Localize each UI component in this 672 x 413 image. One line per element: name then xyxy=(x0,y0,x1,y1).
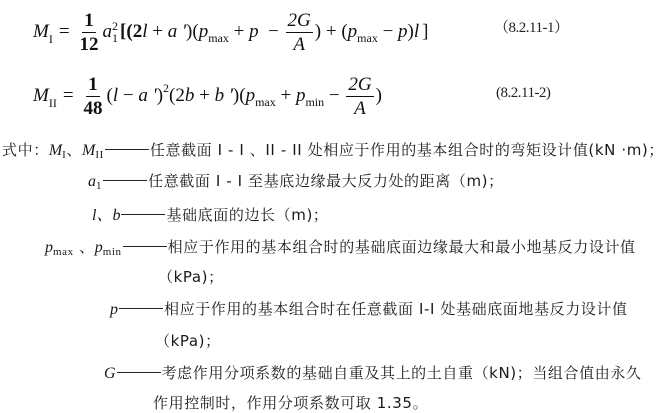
em-dash xyxy=(117,372,161,373)
definition-l-b: l、b基础底面的边长（m)； xyxy=(92,202,329,225)
var-p: p xyxy=(296,85,306,107)
formula-lhs: MII xyxy=(33,85,57,107)
var-b: b xyxy=(185,85,195,107)
em-dash xyxy=(105,149,149,150)
frac-2G-over-A: 2G A xyxy=(346,75,373,118)
var-p: p xyxy=(199,21,209,43)
equation-number-2: (8.2.11-2) xyxy=(496,85,550,102)
var-p: p xyxy=(249,21,259,43)
sub-max: max xyxy=(357,31,378,46)
var-p: p xyxy=(246,85,256,107)
equals-sign: = xyxy=(63,85,74,107)
formula-text: − xyxy=(259,21,284,43)
symbol: G xyxy=(104,365,116,382)
formula-text: + xyxy=(276,85,296,107)
separator: 、 xyxy=(74,238,95,256)
var-a1: a xyxy=(103,21,113,43)
formula-text: − xyxy=(324,85,344,107)
definition-text: 任意截面 I - I 至基底边缘最大反力处的距离（m)； xyxy=(148,172,504,190)
symbol: a xyxy=(88,173,96,190)
symbol-sub: I xyxy=(62,149,66,161)
definition-a1: a1任意截面 I - I 至基底边缘最大反力处的距离（m)； xyxy=(88,170,504,191)
formula-text: − xyxy=(118,85,138,107)
var-b-prime: b ' xyxy=(215,85,233,107)
formula-text: + xyxy=(229,21,249,43)
formula-text: ] xyxy=(422,21,428,43)
definition-text: 相应于作用的基本组合时的基础底面边缘最大和最小地基反力设计值 xyxy=(168,238,636,256)
em-dash xyxy=(121,214,165,215)
symbol-sub: 1 xyxy=(96,180,102,192)
formula-text: − xyxy=(378,21,398,43)
sub-min: min xyxy=(305,95,324,110)
symbol: M xyxy=(49,142,62,159)
var-a-prime: a ' xyxy=(168,21,186,43)
coefficient-fraction: 1 48 xyxy=(82,75,105,118)
formula-lhs: MI xyxy=(33,21,53,43)
equation-number-1: （8.2.11-1） xyxy=(494,16,568,37)
coefficient-fraction: 1 12 xyxy=(78,11,101,54)
sub-max: max xyxy=(255,95,276,110)
definition-text: 任意截面 I - I 、II - II 处相应于作用的基本组合时的弯矩设计值(k… xyxy=(150,141,664,159)
formula-8-2-11-1: MI = 1 12 a21 [(2l + a ' )( pmax + p − 2… xyxy=(33,4,428,60)
prefix-label: 式中： xyxy=(2,141,49,159)
formula-text: )( xyxy=(233,85,246,107)
symbol-sub: min xyxy=(103,246,122,258)
symbol: p xyxy=(45,239,53,256)
definition-p: p相应于作用的基本组合时在任意截面 I-I 处基础底面地基反力设计值 xyxy=(110,298,628,319)
var-p: p xyxy=(398,21,408,43)
formula-text: ) xyxy=(376,85,382,107)
definition-pmax-pmin: pmax 、pmin相应于作用的基本组合时的基础底面边缘最大和最小地基反力设计值 xyxy=(45,236,636,257)
separator: 、 xyxy=(66,141,82,159)
equals-sign: = xyxy=(59,21,70,43)
var-l: l xyxy=(414,21,419,43)
superscript-2: 2 xyxy=(163,81,169,96)
symbol: l、b xyxy=(92,207,120,224)
em-dash xyxy=(123,246,167,247)
formula-text: )( xyxy=(186,21,199,43)
definition-text: 相应于作用的基本组合时在任意截面 I-I 处基础底面地基反力设计值 xyxy=(164,300,628,318)
var-a-prime: a ' xyxy=(138,85,156,107)
definition-text: 基础底面的边长（m)； xyxy=(166,206,328,224)
sub-max: max xyxy=(208,31,229,46)
frac-2G-over-A: 2G A xyxy=(286,11,313,54)
var-p: p xyxy=(348,21,358,43)
a1-supsub: 21 xyxy=(112,20,118,44)
definition-pmax-pmin-continuation: （kPa)； xyxy=(158,266,224,287)
formula-text: [(2 xyxy=(120,21,142,43)
symbol-sub: II xyxy=(95,149,104,161)
formula-text: + xyxy=(194,85,214,107)
definition-G: G考虑作用分项系数的基础自重及其上的土自重（kN)；当组合值由永久 xyxy=(104,362,642,383)
em-dash xyxy=(103,180,147,181)
formula-8-2-11-2: MII = 1 48 (l − a ' )2 (2b + b ' )( pmax… xyxy=(33,68,382,124)
symbol: p xyxy=(110,301,118,318)
definition-text: 考虑作用分项系数的基础自重及其上的土自重（kN)；当组合值由永久 xyxy=(162,364,642,382)
symbol: M xyxy=(82,142,95,159)
em-dash xyxy=(119,308,163,309)
symbol-sub: max xyxy=(53,246,74,258)
definition-G-continuation: 作用控制时，作用分项系数可取 1.35。 xyxy=(153,392,428,413)
formula-text: ) + ( xyxy=(315,21,348,43)
formula-text: (2 xyxy=(169,85,185,107)
formula-text: + xyxy=(147,21,167,43)
definition-p-continuation: （kPa)； xyxy=(155,330,221,351)
definition-M: 式中：MI、MII任意截面 I - I 、II - II 处相应于作用的基本组合… xyxy=(2,139,664,160)
symbol: p xyxy=(95,239,103,256)
